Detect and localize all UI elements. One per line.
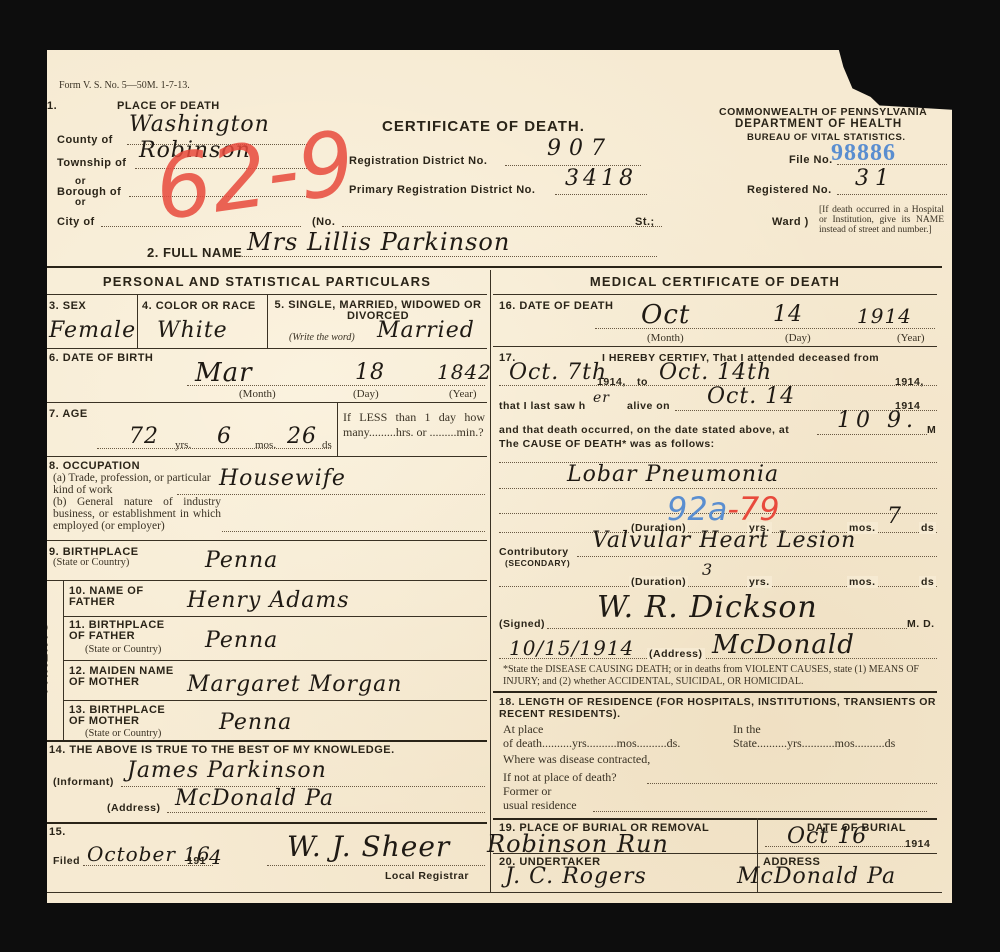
ward-label: Ward ) bbox=[772, 216, 809, 228]
md-label: M. D. bbox=[907, 618, 935, 630]
place-of-death-heading: PLACE OF DEATH bbox=[117, 100, 220, 112]
attended-from: Oct. 7th bbox=[509, 360, 607, 385]
yrs-label: yrs. bbox=[175, 439, 191, 451]
state-country-caption: (State or Country) bbox=[53, 557, 129, 568]
mother-label: 12. MAIDEN NAME OF MOTHER bbox=[69, 666, 179, 688]
father-birthplace-value: Penna bbox=[205, 628, 278, 653]
less-than-day-note: If LESS than 1 day how many.........hrs.… bbox=[343, 410, 485, 440]
full-name-value: Mrs Lillis Parkinson bbox=[247, 228, 510, 256]
secondary-label: (SECONDARY) bbox=[505, 558, 570, 568]
undertaker-value: J. C. Rogers bbox=[505, 864, 647, 889]
commonwealth-label: COMMONWEALTH OF PENNSYLVANIA bbox=[719, 106, 927, 118]
day-caption: (Day) bbox=[353, 388, 379, 400]
attended-to-year: 1914, bbox=[895, 376, 924, 388]
last-saw-suffix: er bbox=[593, 390, 610, 406]
primary-district-label: Primary Registration District No. bbox=[349, 184, 535, 196]
sex-value: Female bbox=[49, 318, 136, 343]
ds-label: ds bbox=[322, 439, 332, 451]
department-label: DEPARTMENT OF HEALTH bbox=[735, 118, 902, 130]
mos-label: mos. bbox=[255, 439, 276, 451]
death-certificate: Form V. S. No. 5—50M. 1-7-13. 1. PLACE O… bbox=[47, 50, 952, 903]
month-caption: (Month) bbox=[239, 388, 276, 400]
dod-year: 1914 bbox=[857, 304, 912, 328]
attended-to: Oct. 14th bbox=[659, 360, 772, 385]
to-label: to bbox=[637, 376, 648, 388]
county-label: County of bbox=[57, 134, 113, 146]
age-months: 6 bbox=[217, 424, 232, 449]
filed-year-prefix: 191 bbox=[187, 855, 206, 867]
city-label: City of bbox=[57, 216, 95, 228]
mother-birthplace-value: Penna bbox=[219, 710, 292, 735]
cause-label: The CAUSE OF DEATH* was as follows: bbox=[499, 438, 715, 450]
cause-footnote: *State the DISEASE CAUSING DEATH; or in … bbox=[503, 664, 937, 688]
registration-district-value: 907 bbox=[547, 136, 613, 161]
signed-label: (Signed) bbox=[499, 618, 545, 630]
occupation-a-label: (a) Trade, profession, or particular kin… bbox=[53, 472, 213, 496]
informant-label: (Informant) bbox=[53, 776, 114, 788]
yrs-label: yrs. bbox=[747, 576, 772, 588]
registration-district-label: Registration District No. bbox=[349, 155, 487, 167]
signed-date: 10/15/1914 bbox=[509, 636, 634, 660]
burial-year: 1914 bbox=[905, 838, 930, 850]
death-time-label: and that death occurred, on the date sta… bbox=[499, 424, 789, 436]
race-label: 4. COLOR OR RACE bbox=[142, 300, 256, 312]
state-line: State..........yrs...........mos........… bbox=[733, 736, 895, 751]
dod-month: Oct bbox=[641, 300, 690, 330]
mother-value: Margaret Morgan bbox=[187, 672, 402, 697]
borough-label: Borough of bbox=[57, 186, 121, 198]
filed-year-suffix: 4 bbox=[209, 845, 223, 869]
parents-label: PARENTS bbox=[35, 622, 50, 694]
attended-from-year: 1914, bbox=[597, 376, 626, 388]
father-label: 10. NAME OF FATHER bbox=[69, 586, 159, 608]
file-no-label: File No. bbox=[789, 154, 833, 166]
age-years: 72 bbox=[129, 424, 159, 449]
race-value: White bbox=[157, 318, 228, 343]
ds-label: ds bbox=[919, 576, 936, 588]
undertaker-address-value: McDonald Pa bbox=[737, 864, 896, 889]
father-value: Henry Adams bbox=[187, 588, 350, 613]
full-name-label: 2. FULL NAME bbox=[147, 245, 242, 260]
contributory-label: Contributory bbox=[499, 546, 569, 558]
occupation-b-label: (b) General nature of industry business,… bbox=[53, 496, 221, 532]
duration-label: (Duration) bbox=[629, 576, 688, 588]
knowledge-statement: 14. THE ABOVE IS TRUE TO THE BEST OF MY … bbox=[49, 744, 395, 756]
month-caption: (Month) bbox=[647, 332, 684, 344]
last-saw-label: that I last saw h bbox=[499, 400, 586, 412]
section-15-number: 15. bbox=[49, 826, 66, 838]
red-annotation: 62-9 bbox=[150, 119, 360, 234]
not-at-place-label: If not at place of death? bbox=[503, 770, 617, 785]
in-the-label: In the bbox=[733, 722, 761, 737]
or-label: or bbox=[75, 197, 86, 208]
mother-birthplace-label: 13. BIRTHPLACE OF MOTHER bbox=[69, 705, 169, 727]
contrib-duration-years: 3 bbox=[702, 560, 713, 579]
day-caption: (Day) bbox=[785, 332, 811, 344]
marital-value: Married bbox=[377, 318, 475, 343]
year-caption: (Year) bbox=[449, 388, 477, 400]
primary-district-value: 3418 bbox=[565, 166, 637, 191]
registrar-signature: W. J. Sheer bbox=[287, 830, 450, 863]
burial-date-value: Oct 16 bbox=[787, 824, 867, 849]
medical-section-heading: MEDICAL CERTIFICATE OF DEATH bbox=[495, 274, 935, 289]
former-label: Former or bbox=[503, 784, 551, 799]
township-label: Township of bbox=[57, 157, 126, 169]
occupation-value: Housewife bbox=[219, 466, 346, 491]
file-no-value: 98886 bbox=[831, 140, 896, 167]
registered-no-label: Registered No. bbox=[747, 184, 832, 196]
address-label: (Address) bbox=[107, 802, 161, 814]
state-country-caption: (State or Country) bbox=[85, 644, 161, 655]
marital-hint: (Write the word) bbox=[289, 332, 355, 343]
m-label: M bbox=[927, 424, 936, 436]
physician-address-label: (Address) bbox=[647, 648, 705, 660]
registrar-label: Local Registrar bbox=[385, 870, 469, 882]
dod-label: 16. DATE OF DEATH bbox=[499, 300, 613, 312]
occupation-label: 8. OCCUPATION bbox=[49, 460, 140, 472]
dob-day: 18 bbox=[355, 360, 385, 385]
age-label: 7. AGE bbox=[49, 408, 88, 420]
of-death-line: of death..........yrs..........mos......… bbox=[503, 736, 680, 751]
contracted-label: Where was disease contracted, bbox=[503, 752, 650, 767]
father-birthplace-label: 11. BIRTHPLACE OF FATHER bbox=[69, 620, 169, 642]
residence-label: 18. LENGTH OF RESIDENCE (FOR HOSPITALS, … bbox=[499, 696, 937, 720]
state-country-caption: (State or Country) bbox=[85, 728, 161, 739]
at-place-label: At place bbox=[503, 722, 543, 737]
mos-label: mos. bbox=[847, 576, 878, 588]
dob-year: 1842 bbox=[437, 360, 492, 384]
filed-label: Filed bbox=[53, 855, 80, 867]
dod-day: 14 bbox=[773, 302, 803, 327]
death-time: 10 9. bbox=[837, 408, 918, 433]
year-caption: (Year) bbox=[897, 332, 925, 344]
age-days: 26 bbox=[287, 424, 317, 449]
contributory-value: Valvular Heart Lesion bbox=[592, 528, 856, 553]
informant-value: James Parkinson bbox=[127, 758, 327, 783]
usual-residence-label: usual residence bbox=[503, 798, 577, 813]
registered-no-value: 31 bbox=[855, 166, 895, 191]
street-label: St.; bbox=[635, 216, 655, 228]
section-1-number: 1. bbox=[47, 100, 57, 112]
alive-on-label: alive on bbox=[627, 400, 670, 412]
birthplace-value: Penna bbox=[205, 548, 278, 573]
hospital-note: [If death occurred in a Hospital or Inst… bbox=[819, 205, 944, 235]
dob-month: Mar bbox=[195, 358, 253, 388]
dob-label: 6. DATE OF BIRTH bbox=[49, 352, 153, 364]
certificate-title: CERTIFICATE OF DEATH. bbox=[382, 118, 585, 135]
personal-section-heading: PERSONAL AND STATISTICAL PARTICULARS bbox=[47, 274, 487, 289]
informant-address-value: McDonald Pa bbox=[175, 786, 334, 811]
last-saw-date: Oct. 14 bbox=[707, 384, 795, 409]
physician-address: McDonald bbox=[712, 630, 855, 660]
form-number: Form V. S. No. 5—50M. 1-7-13. bbox=[59, 80, 190, 91]
duration-days: 7 bbox=[887, 504, 902, 529]
ds-label: ds bbox=[919, 522, 936, 534]
cause-value: Lobar Pneumonia bbox=[567, 462, 779, 487]
sex-label: 3. SEX bbox=[49, 300, 86, 312]
physician-signature: W. R. Dickson bbox=[597, 590, 818, 625]
